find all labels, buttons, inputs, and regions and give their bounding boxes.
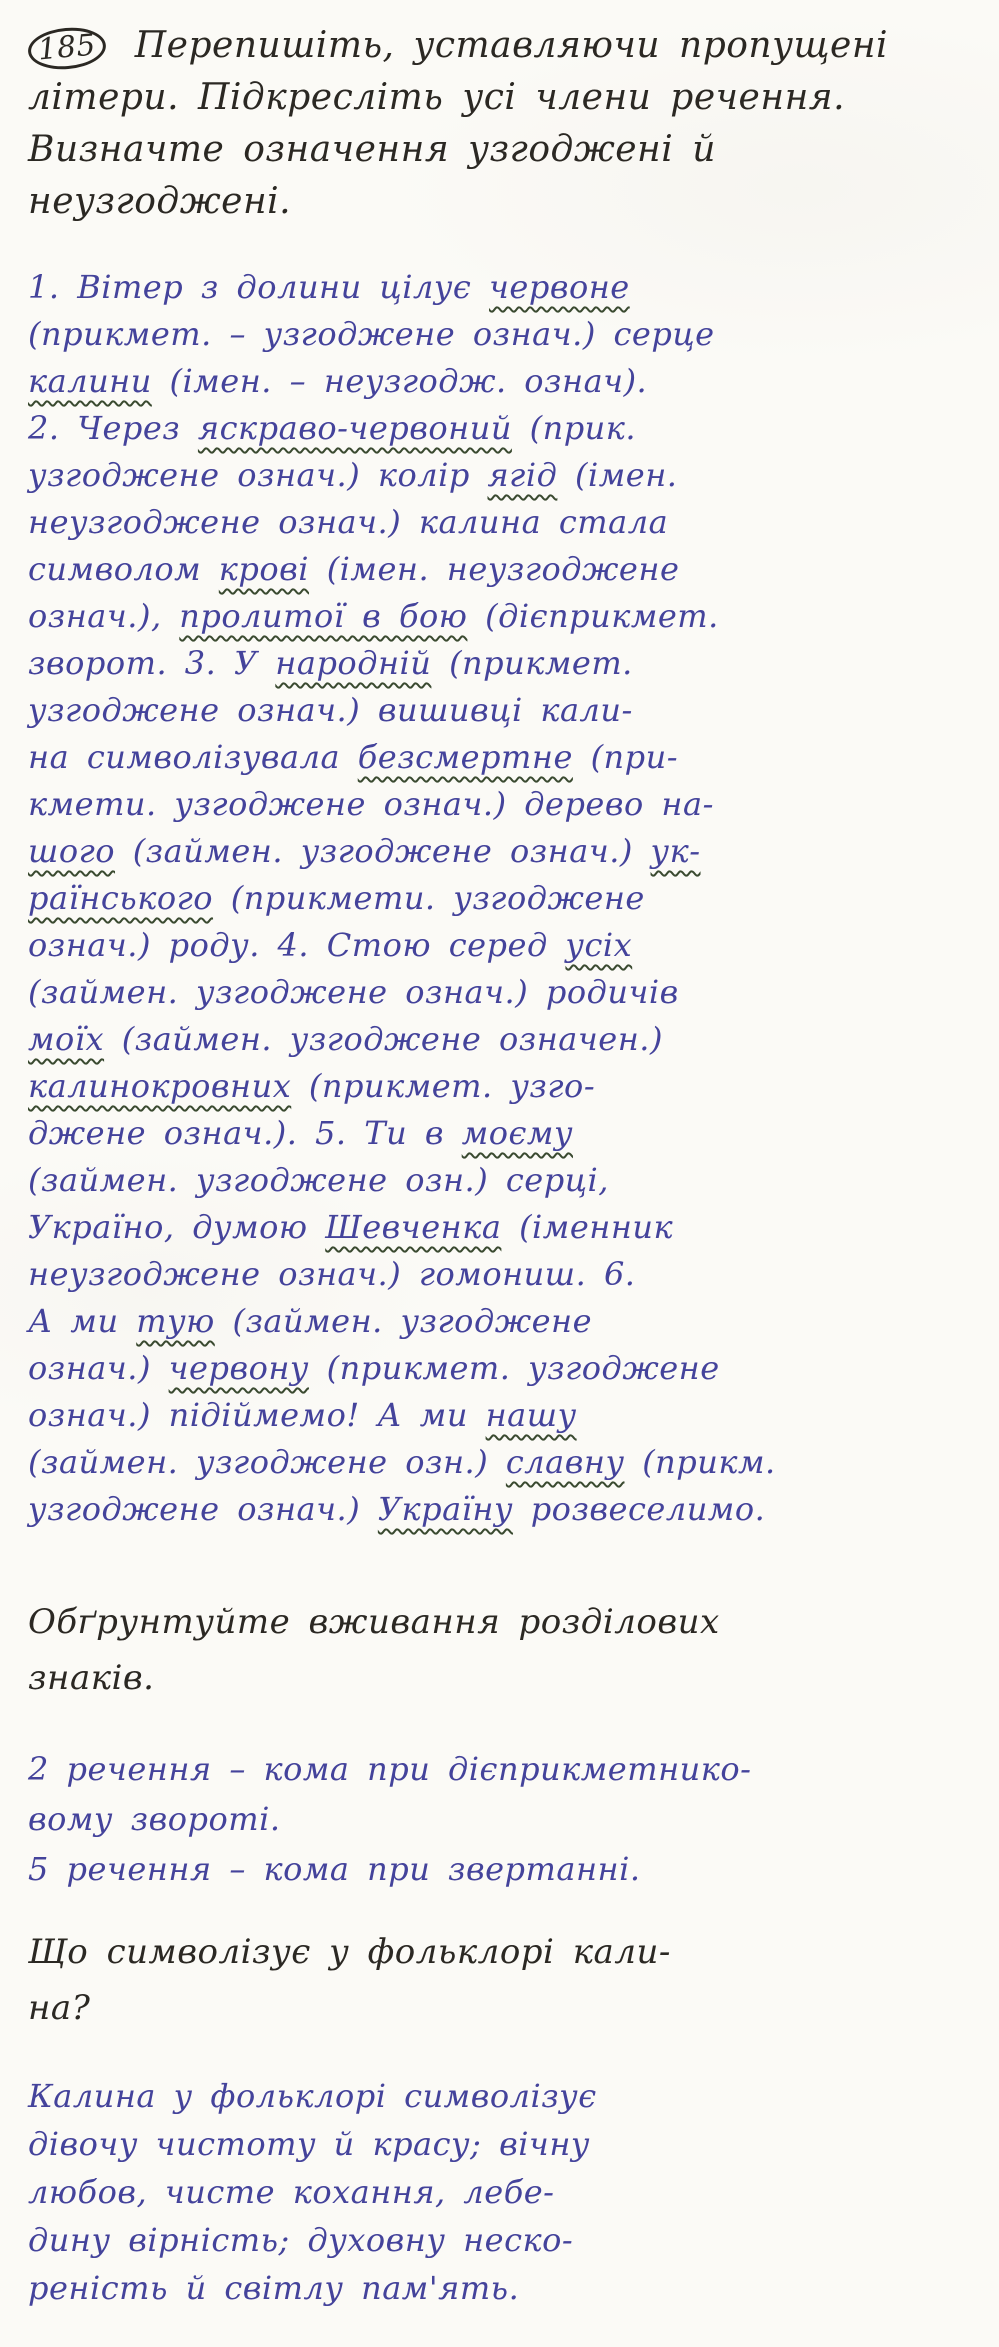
handwritten-line: неузгоджені.	[28, 176, 985, 228]
text-segment: (прикмет. – узгоджене означ.) серце	[28, 315, 715, 353]
wavy-underlined-word: усіх	[565, 926, 632, 964]
text-segment: літери. Підкресліть усі члени речення.	[28, 77, 845, 118]
text-segment: узгоджене означ.)	[28, 1490, 378, 1528]
handwritten-line: Україно, думою Шевченка (іменник	[28, 1204, 985, 1251]
handwritten-line: означ.), пролитої в бою (дієприкмет.	[28, 593, 985, 640]
text-segment: (займен. узгоджене озн.) серці,	[28, 1161, 609, 1199]
text-segment: дівочу чистоту й красу; вічну	[28, 2125, 590, 2163]
text-segment: Обґрунтуйте вживання розділових	[28, 1602, 720, 1642]
handwritten-line: джене означ.). 5. Ти в моєму	[28, 1110, 985, 1157]
text-segment: означ.) підіймемо! А ми	[28, 1396, 486, 1434]
text-segment: дину вірність; духовну неско-	[28, 2221, 573, 2259]
text-segment: (прикмет. узгоджене	[309, 1349, 720, 1387]
text-segment: (прик.	[512, 409, 636, 447]
text-segment: (імен.	[557, 456, 677, 494]
handwritten-line: означ.) роду. 4. Стою серед усіх	[28, 922, 985, 969]
wavy-underlined-word: пролитої в бою	[179, 597, 467, 635]
handwritten-line: (займен. узгоджене означ.) родичів	[28, 969, 985, 1016]
wavy-underlined-word: червону	[169, 1349, 309, 1387]
wavy-underlined-word: калинокровних	[28, 1067, 291, 1105]
text-segment: неузгоджене означ.) гомониш. 6.	[28, 1255, 635, 1293]
wavy-underlined-word: славну	[506, 1443, 625, 1481]
text-segment: Перепишіть, уставляючи пропущені	[116, 25, 888, 66]
handwritten-line: неузгоджене означ.) калина стала	[28, 499, 985, 546]
folklore-question-section: Що символізує у фольклорі кали-на?	[28, 1924, 985, 2036]
text-segment: зворот. 3. У	[28, 644, 275, 682]
handwritten-line: 5 речення – кома при звертанні.	[28, 1844, 985, 1894]
task-header-section: 185 Перепишіть, уставляючи пропущеніліте…	[28, 20, 985, 228]
text-segment: А ми	[28, 1302, 136, 1340]
handwritten-line: символом крові (імен. неузгоджене	[28, 546, 985, 593]
punctuation-question-section: Обґрунтуйте вживання розділовихзнаків.	[28, 1594, 985, 1706]
wavy-underlined-word: крові	[219, 550, 309, 588]
handwritten-line: любов, чисте кохання, лебе-	[28, 2168, 985, 2216]
text-segment: (прикмети. узгоджене	[213, 879, 645, 917]
wavy-underlined-word: червоне	[489, 268, 630, 306]
handwritten-line: (займен. узгоджене озн.) серці,	[28, 1157, 985, 1204]
handwritten-line: на?	[28, 1980, 985, 2036]
handwritten-line: калинокровних (прикмет. узго-	[28, 1063, 985, 1110]
text-segment: (займен. узгоджене	[215, 1302, 592, 1340]
handwritten-line: дину вірність; духовну неско-	[28, 2216, 985, 2264]
handwritten-line: неузгоджене означ.) гомониш. 6.	[28, 1251, 985, 1298]
text-segment: розвеселимо.	[513, 1490, 765, 1528]
text-segment: Україно, думою	[28, 1208, 325, 1246]
wavy-underlined-word: нашу	[486, 1396, 577, 1434]
handwritten-line: узгоджене означ.) Україну розвеселимо.	[28, 1486, 985, 1533]
handwritten-line: літери. Підкресліть усі члени речення.	[28, 72, 985, 124]
handwritten-line: вому звороті.	[28, 1794, 985, 1844]
text-segment: (прикм.	[625, 1443, 776, 1481]
text-segment: (імен. – неузгодж. означ).	[152, 362, 647, 400]
wavy-underlined-word: Шевченка	[325, 1208, 501, 1246]
text-segment: реність й світлу пам'ять.	[28, 2269, 519, 2307]
handwritten-line: (займен. узгоджене озн.) славну (прикм.	[28, 1439, 985, 1486]
text-segment: (іменник	[501, 1208, 673, 1246]
text-segment: (займен. узгоджене означен.)	[104, 1020, 663, 1058]
sentences-answer-section: 1. Вітер з долини цілує червоне(прикмет.…	[28, 264, 985, 1533]
handwritten-line: означ.) червону (прикмет. узгоджене	[28, 1345, 985, 1392]
folklore-answer-section: Калина у фольклорі символізуєдівочу чист…	[28, 2072, 985, 2312]
handwritten-line: узгоджене означ.) колір ягід (імен.	[28, 452, 985, 499]
wavy-underlined-word: безсмертне	[358, 738, 573, 776]
handwritten-line: знаків.	[28, 1650, 985, 1706]
text-segment: (прикмет.	[431, 644, 632, 682]
handwritten-line: кмети. узгоджене означ.) дерево на-	[28, 781, 985, 828]
handwritten-line: калини (імен. – неузгодж. означ).	[28, 358, 985, 405]
text-segment: Визначте означення узгоджені й	[28, 129, 716, 170]
handwritten-line: узгоджене означ.) вишивці кали-	[28, 687, 985, 734]
text-segment: (займен. узгоджене озн.)	[28, 1443, 506, 1481]
wavy-underlined-word: ягід	[487, 456, 557, 494]
handwritten-line: зворот. 3. У народній (прикмет.	[28, 640, 985, 687]
handwritten-line: А ми тую (займен. узгоджене	[28, 1298, 985, 1345]
text-segment: знаків.	[28, 1658, 154, 1698]
wavy-underlined-word: Україну	[378, 1490, 513, 1528]
handwritten-line: Що символізує у фольклорі кали-	[28, 1924, 985, 1980]
wavy-underlined-word: яскраво-червоний	[198, 409, 512, 447]
text-segment: 5 речення – кома при звертанні.	[28, 1850, 641, 1888]
text-segment: (прикмет. узго-	[291, 1067, 595, 1105]
handwritten-line: дівочу чистоту й красу; вічну	[28, 2120, 985, 2168]
text-segment: на?	[28, 1988, 90, 2028]
handwritten-line: шого (займен. узгоджене означ.) ук-	[28, 828, 985, 875]
wavy-underlined-word: моїх	[28, 1020, 104, 1058]
handwritten-line: раїнського (прикмети. узгоджене	[28, 875, 985, 922]
text-segment: узгоджене означ.) вишивці кали-	[28, 691, 633, 729]
handwritten-line: означ.) підіймемо! А ми нашу	[28, 1392, 985, 1439]
handwritten-line: моїх (займен. узгоджене означен.)	[28, 1016, 985, 1063]
text-segment: вому звороті.	[28, 1800, 281, 1838]
handwritten-line: Визначте означення узгоджені й	[28, 124, 985, 176]
wavy-underlined-word: народній	[275, 644, 431, 682]
handwritten-line: 2 речення – кома при дієприкметнико-	[28, 1744, 985, 1794]
text-segment: узгоджене означ.) колір	[28, 456, 487, 494]
wavy-underlined-word: моєму	[462, 1114, 573, 1152]
text-segment: символом	[28, 550, 219, 588]
text-segment: любов, чисте кохання, лебе-	[28, 2173, 554, 2211]
text-segment: означ.)	[28, 1349, 169, 1387]
handwritten-line: Калина у фольклорі символізує	[28, 2072, 985, 2120]
handwritten-line: 1. Вітер з долини цілує червоне	[28, 264, 985, 311]
wavy-underlined-word: калини	[28, 362, 152, 400]
text-segment: означ.) роду. 4. Стою серед	[28, 926, 565, 964]
wavy-underlined-word: шого	[28, 832, 115, 870]
punctuation-answer-section: 2 речення – кома при дієприкметнико-вому…	[28, 1744, 985, 1894]
text-segment: (імен. неузгоджене	[309, 550, 679, 588]
exercise-number-badge: 185	[26, 25, 107, 73]
handwritten-line: (прикмет. – узгоджене означ.) серце	[28, 311, 985, 358]
text-segment: 2 речення – кома при дієприкметнико-	[28, 1750, 751, 1788]
text-segment: (займен. узгоджене означ.) родичів	[28, 973, 679, 1011]
text-segment: Що символізує у фольклорі кали-	[28, 1932, 671, 1972]
handwritten-line: 185 Перепишіть, уставляючи пропущені	[28, 20, 985, 72]
text-segment: (при-	[573, 738, 678, 776]
text-segment: неузгоджені.	[28, 181, 291, 222]
text-segment: означ.),	[28, 597, 179, 635]
wavy-underlined-word: тую	[136, 1302, 215, 1340]
text-segment: (займен. узгоджене означ.)	[115, 832, 651, 870]
text-segment: 2. Через	[28, 409, 198, 447]
text-segment: неузгоджене означ.) калина стала	[28, 503, 668, 541]
text-segment: кмети. узгоджене означ.) дерево на-	[28, 785, 714, 823]
text-segment: 1. Вітер з долини цілує	[28, 268, 489, 306]
text-segment: Калина у фольклорі символізує	[28, 2077, 597, 2115]
scanned-notebook-page: 185 Перепишіть, уставляючи пропущеніліте…	[0, 0, 999, 2347]
text-segment: (дієприкмет.	[467, 597, 718, 635]
handwritten-line: Обґрунтуйте вживання розділових	[28, 1594, 985, 1650]
wavy-underlined-word: ук-	[651, 832, 701, 870]
handwritten-line: 2. Через яскраво-червоний (прик.	[28, 405, 985, 452]
handwritten-line: на символізувала безсмертне (при-	[28, 734, 985, 781]
text-segment: на символізувала	[28, 738, 358, 776]
text-segment: джене означ.). 5. Ти в	[28, 1114, 462, 1152]
wavy-underlined-word: раїнського	[28, 879, 213, 917]
handwritten-line: реність й світлу пам'ять.	[28, 2264, 985, 2312]
